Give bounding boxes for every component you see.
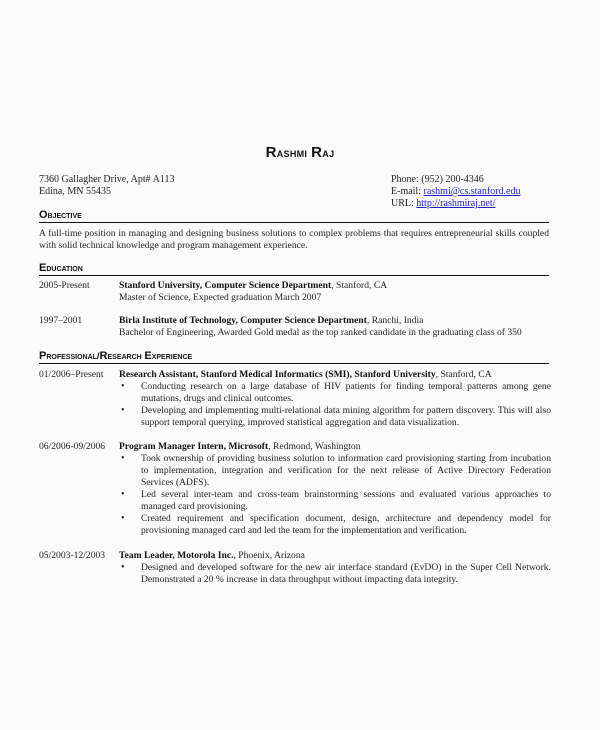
education-heading: Education [39,262,549,276]
heading-rest: xperience [152,351,192,362]
bullet-item: Led several inter-team and cross-team br… [119,489,551,513]
email-line: E-mail: rashmi@cs.stanford.edu [391,186,520,198]
name-last-initial: R [311,144,322,161]
experience-dates: 05/2003-12/2003 [39,550,105,562]
job-bullets: Took ownership of providing business sol… [119,453,551,537]
institution-location: , Ranchi, India [367,315,423,326]
bullet-item: Designed and developed software for the … [119,562,551,586]
job-title: Team Leader, Motorola Inc. [119,550,234,561]
education-dates: 2005-Present [39,280,90,292]
experience-dates: 01/2006–Present [39,369,104,381]
phone-label: Phone: [391,174,419,185]
institution-location: , Stanford, CA [331,280,387,291]
address-line-2: Edina, MN 55435 [39,186,174,198]
institution-name: Stanford University, Computer Science De… [119,280,331,291]
institution-name: Birla Institute of Technology, Computer … [119,315,367,326]
bullet-item: Developing and implementing multi-relati… [119,405,551,429]
job-title: Research Assistant, Stanford Medical Inf… [119,369,436,380]
phone-line: Phone: (952) 200-4346 [391,174,520,186]
email-label: E-mail: [391,186,421,197]
job-location: , Stanford, CA [436,369,492,380]
address-block: 7360 Gallagher Drive, Apt# A113 Edina, M… [39,174,174,198]
heading-initial: O [39,209,48,221]
website-link[interactable]: http://rashmiraj.net/ [416,198,495,209]
heading-rest: rofessional/ [46,351,99,362]
job-title: Program Manager Intern, Microsoft [119,441,268,452]
heading-initial: R [100,350,108,362]
education-dates: 1997–2001 [39,315,82,327]
name-first-rest: ashmi [277,145,308,160]
experience-heading: Professional/Research Experience [39,350,549,364]
job-location: , Redmond, Washington [268,441,360,452]
phone-number: (952) 200-4346 [421,174,484,185]
objective-text: A full-time position in managing and des… [39,228,549,252]
name-initial: R [266,144,277,161]
candidate-name: Rashmi Raj [0,144,600,161]
experience-dates: 06/2006-09/2006 [39,441,105,453]
degree-detail: Bachelor of Engineering, Awarded Gold me… [119,327,551,339]
heading-rest: bjective [48,210,82,221]
url-label: URL: [391,198,414,209]
bullet-item: Conducting research on a large database … [119,381,551,405]
email-link[interactable]: rashmi@cs.stanford.edu [424,186,521,197]
resume-page: Rashmi Raj 7360 Gallagher Drive, Apt# A1… [0,0,600,730]
degree-detail: Master of Science, Expected graduation M… [119,292,551,304]
bullet-item: Created requirement and specification do… [119,513,551,537]
heading-initial: E [144,350,151,362]
objective-heading: Objective [39,209,549,223]
job-bullets: Conducting research on a large database … [119,381,551,429]
heading-rest: ducation [46,263,82,274]
job-location: , Phoenix, Arizona [234,550,305,561]
heading-rest: esearch [108,351,145,362]
address-line-1: 7360 Gallagher Drive, Apt# A113 [39,174,174,186]
name-last-rest: aj [322,145,334,160]
bullet-item: Took ownership of providing business sol… [119,453,551,489]
job-bullets: Designed and developed software for the … [119,562,551,586]
contact-block: Phone: (952) 200-4346 E-mail: rashmi@cs.… [391,174,520,210]
